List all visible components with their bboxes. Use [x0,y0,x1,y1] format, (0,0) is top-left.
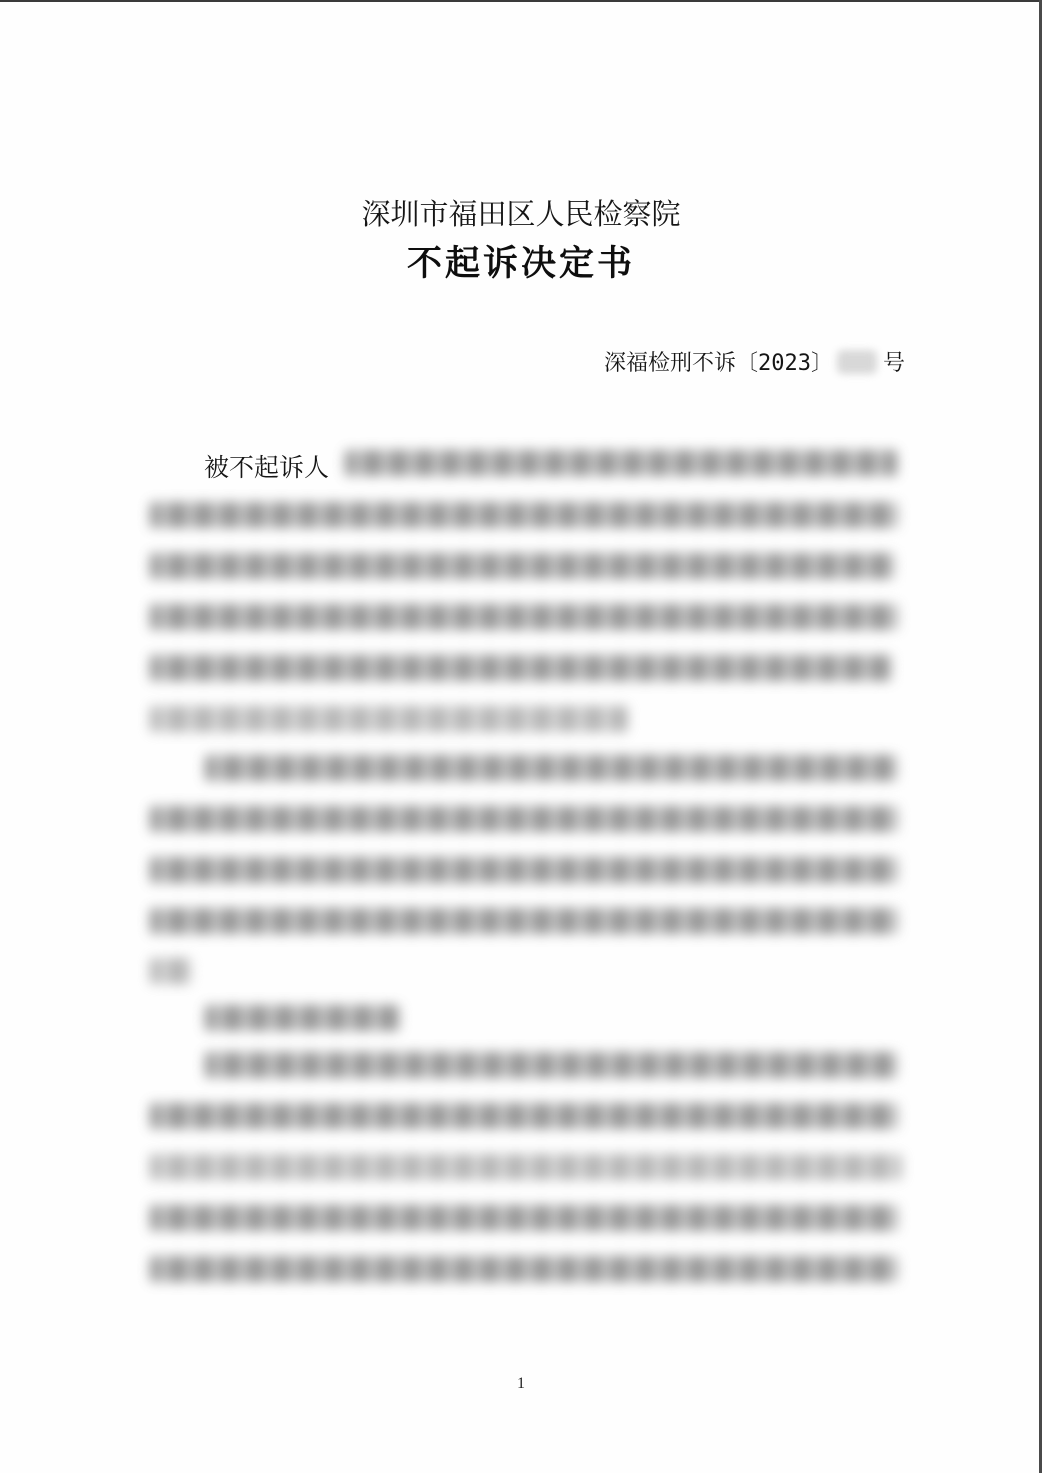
paragraph-lead: 被不起诉人 [204,448,329,484]
redacted-text-line [205,1005,400,1031]
lead-text: 被不起诉人 [204,448,329,484]
frame-border-top [0,0,1042,2]
page-number: 1 [0,1375,1042,1393]
redacted-text-line [150,604,898,630]
redacted-text-line [205,755,898,781]
redacted-text-line [150,1103,898,1129]
redacted-text-line [150,1205,898,1231]
issuing-organization: 深圳市福田区人民检察院 [0,192,1042,233]
redacted-text-line [150,655,892,681]
redacted-text-line [345,450,897,476]
redacted-text-line [150,908,898,934]
redacted-text-line [150,857,898,883]
redacted-text-line [205,1052,898,1078]
redacted-text-line [150,958,192,984]
redacted-text-line [150,502,898,528]
document-number: 深福检刑不诉〔2023〕 号 [604,346,905,377]
redacted-number [837,350,877,374]
document-number-prefix: 深福检刑不诉〔2023〕 [604,346,833,377]
redacted-text-line [150,1154,902,1180]
redacted-text-line [150,553,895,579]
redacted-text-line [150,706,628,732]
redacted-text-line [150,1256,898,1282]
document-number-suffix: 号 [883,346,905,377]
document-page: 深圳市福田区人民检察院 不起诉决定书 深福检刑不诉〔2023〕 号 被不起诉人 … [0,0,1039,1473]
document-title: 不起诉决定书 [0,236,1042,286]
redacted-text-line [150,806,898,832]
